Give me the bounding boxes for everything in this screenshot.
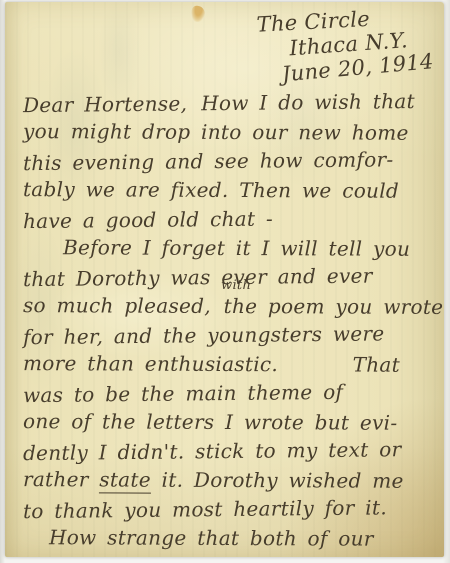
letter-line-with-insertion: so much pleased,with the poem you wrote [23,291,434,322]
letter-line-text: it. Dorothy wished me [162,468,404,493]
letter-paper: The Circle Ithaca N.Y. June 20, 1914 Dea… [5,2,444,557]
letter-line: dently I didn't. stick to my text or [23,435,434,468]
letter-line: for her, and the youngsters were [23,319,434,352]
letter-line: one of the letters I wrote but evi- [23,407,434,438]
letter-line-text: the poem you wrote [224,294,444,319]
letter-line: to thank you most heartily for it. [23,493,434,526]
letter-line: you might drop into our new home [23,117,434,148]
letter-line: tably we are fixed. Then we could [23,175,434,206]
letter-line-salutation: Dear Hortense,How I do wish that [23,87,434,120]
letter-line: Before I forget it I will tell you [23,233,434,264]
salutation: Dear Hortense, [23,91,187,117]
insertion-anchor: with [211,294,222,318]
letter-line: was to be the main theme of [23,377,434,410]
underlined-word: state [99,467,151,493]
letter-line-text: more than enthusiastic. [23,349,278,379]
letter-line: this evening and see how comfor- [23,145,434,178]
letter-heading: The Circle Ithaca N.Y. June 20, 1914 [184,10,434,85]
letter-body: Dear Hortense,How I do wish that you mig… [23,89,434,553]
inserted-word: with [221,279,251,292]
letter-line-text: That [353,351,401,380]
letter-line-split: more than enthusiastic. That [23,349,434,380]
scanned-letter-photo: The Circle Ithaca N.Y. June 20, 1914 Dea… [0,0,450,563]
letter-line-text: rather [23,467,89,491]
letter-line: have a good old chat - [23,203,434,236]
letter-line: How strange that both of our [23,523,434,554]
letter-line-text: How I do wish that [201,89,415,115]
letter-line-with-underline: rather state it. Dorothy wished me [23,465,434,496]
letter-line-text: so much pleased, [23,293,211,318]
